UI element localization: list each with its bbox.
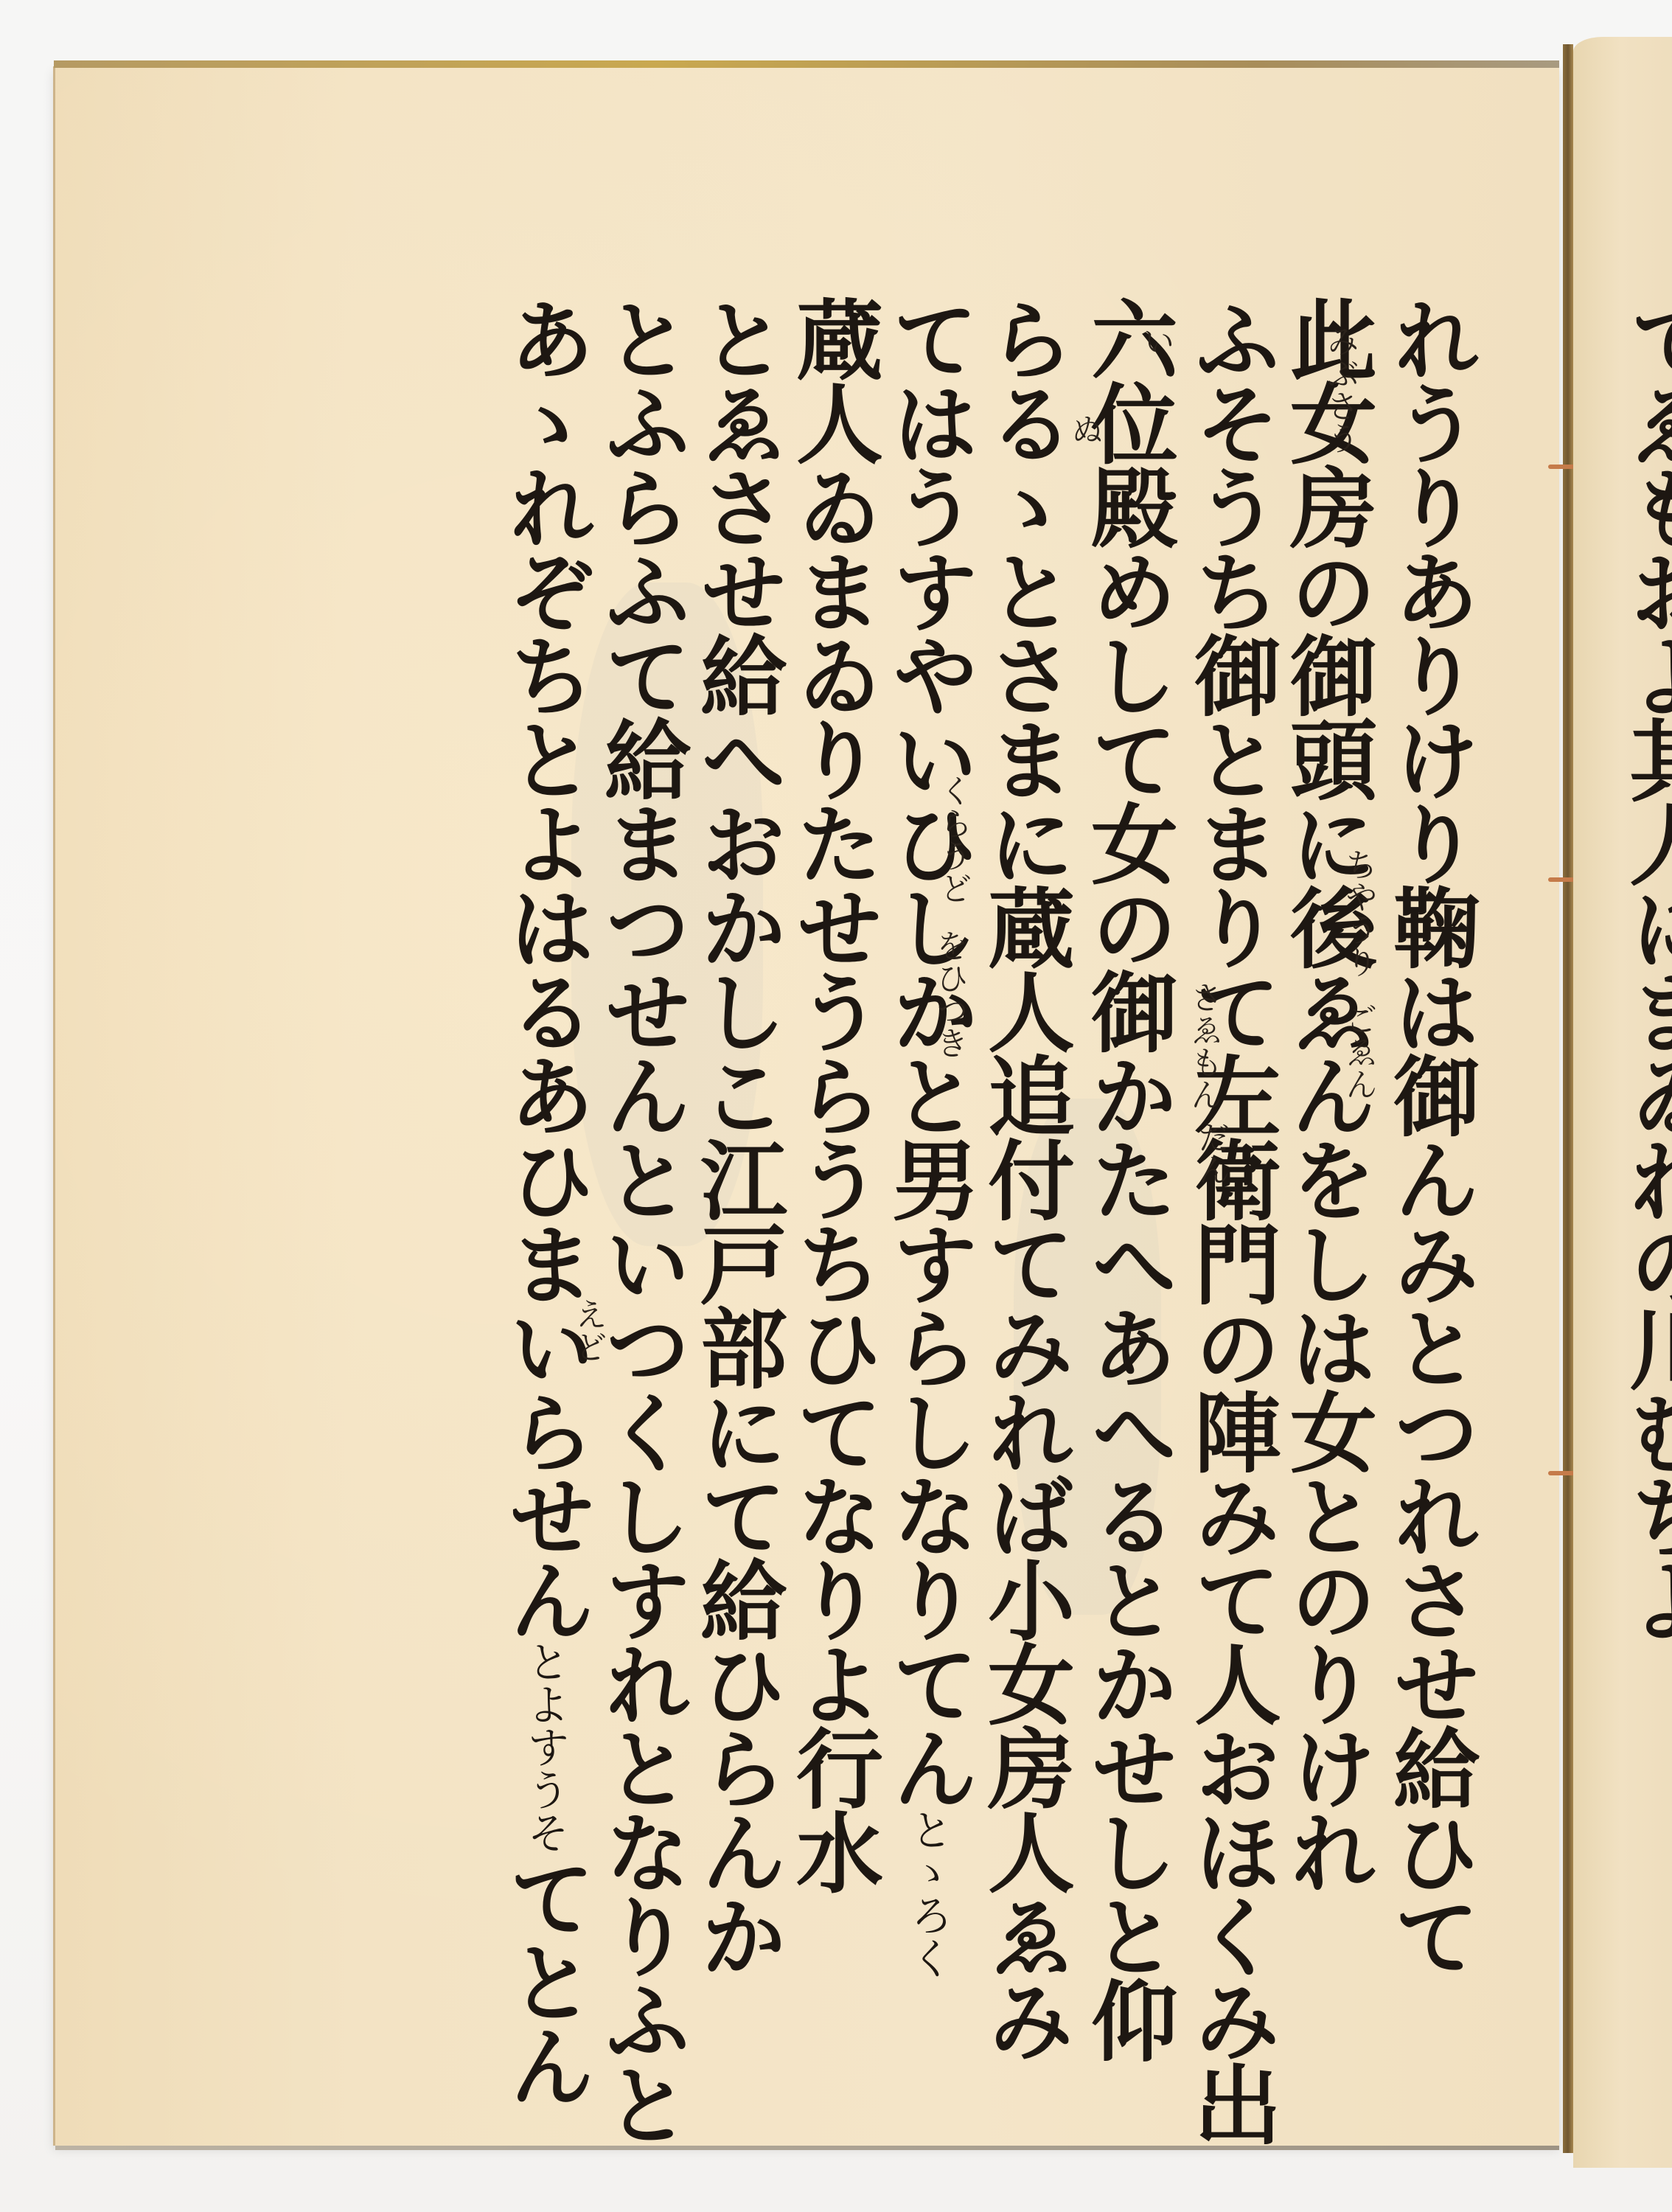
text-column-3: ふそうち御とまりて左衛門の陣みて人おほくみ出: [1187, 295, 1274, 2144]
facing-page-column: てゑもおよ其人にまゐれの川むちよ: [1622, 295, 1672, 1917]
book-spine-gutter: [1563, 44, 1573, 2153]
text-column-10: あゝれぞちとよはるあひまいらせんとよすうそてとん: [501, 295, 588, 2106]
column-6-small-kana: とゝろく: [903, 1808, 953, 1979]
binding-stitch: [1548, 1471, 1575, 1475]
furigana-3: ごゑん: [1342, 1003, 1374, 1100]
furigana-6: だん: [1194, 1121, 1227, 1186]
column-10-tail: てとん: [494, 1854, 596, 2106]
binding-stitch: [1548, 877, 1575, 882]
text-column-4: 六位殿めして女の御かたへあへるとかせしと仰: [1084, 295, 1171, 2060]
text-column-8: とゑさせ給へおかしこ江戸部にて給ひらんか: [693, 295, 780, 1976]
furigana-2: ちやうり: [1342, 848, 1374, 978]
furigana-9: をひつき: [933, 929, 965, 1059]
text-column-9: とふらふて給まつせんといつくしすれとなりふと: [597, 295, 684, 2144]
column-10-small-kana: とよすうそ: [520, 1640, 570, 1854]
furigana-7: ぬ: [1067, 413, 1100, 445]
text-column-1: れうりありけり鞠は御んみとつれさせ給ひて: [1386, 295, 1473, 1976]
text-column-6: てはうすやいひしかと男すらしなりてんとゝろく: [885, 295, 972, 1979]
text-column-5: らるゝとさまに蔵人追付てみれば小女房人ゑみ: [980, 295, 1067, 2060]
column-10-main: あゝれぞちとよはるあひまいらせん: [494, 295, 596, 1640]
furigana-1: みぶさう: [1323, 324, 1356, 454]
furigana-5: さゑもん: [1187, 981, 1219, 1110]
binding-stitch: [1548, 465, 1575, 469]
text-column-7: 蔵人ゐまゐりたせうらうちひてなりよ行水: [789, 295, 876, 1892]
furigana-8: くらうど: [936, 774, 969, 904]
furigana-4: い: [1139, 324, 1171, 357]
furigana-10: えど: [571, 1298, 604, 1363]
